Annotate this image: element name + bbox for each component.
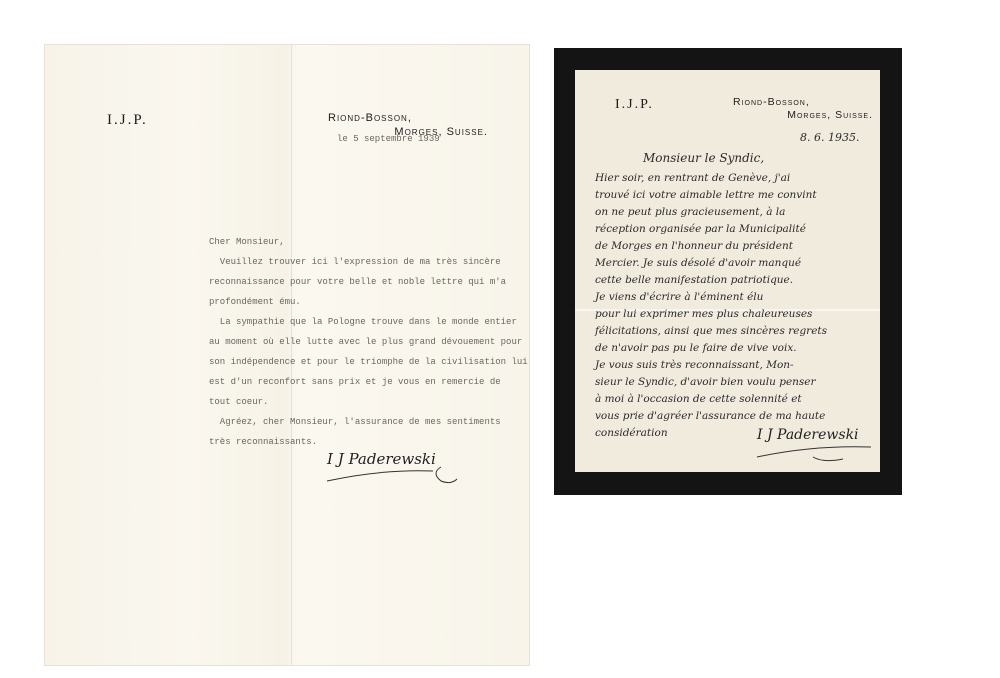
letter-body: Veuillez trouver ici l'expression de ma … <box>209 252 528 452</box>
body-line: trouvé ici votre aimable lettre me convi… <box>595 187 827 204</box>
body-line: La sympathie que la Pologne trouve dans … <box>209 312 528 332</box>
letter-date: 8. 6. 1935. <box>800 129 859 146</box>
body-line: tout coeur. <box>209 392 528 412</box>
letterhead-address: Riond-Bosson, Morges, Suisse. <box>733 96 873 121</box>
body-line: très reconnaissants. <box>209 432 528 452</box>
salutation: Monsieur le Syndic, <box>643 150 764 167</box>
body-line: Mercier. Je suis désolé d'avoir manqué <box>595 255 827 272</box>
body-line: félicitations, ainsi que mes sincères re… <box>595 323 827 340</box>
body-line: pour lui exprimer mes plus chaleureuses <box>595 306 827 323</box>
body-line: à moi à l'occasion de cette solennité et <box>595 391 827 408</box>
body-line: vous prie d'agréer l'assurance de ma hau… <box>595 408 827 425</box>
body-line: reconnaissance pour votre belle et noble… <box>209 272 528 292</box>
signature-flourish <box>323 457 483 487</box>
body-line: Hier soir, en rentrant de Genève, j'ai <box>595 170 827 187</box>
monogram: I.J.P. <box>615 97 654 113</box>
monogram: I.J.P. <box>107 112 148 129</box>
body-line: cette belle manifestation patriotique. <box>595 272 827 289</box>
body-line: Je viens d'écrire à l'éminent élu <box>595 289 827 306</box>
body-line: profondément ému. <box>209 292 528 312</box>
letter-paper: I.J.P. Riond-Bosson, Morges, Suisse. 8. … <box>575 70 880 472</box>
body-line: Agréez, cher Monsieur, l'assurance de me… <box>209 412 528 432</box>
handwritten-letter: I.J.P. Riond-Bosson, Morges, Suisse. 8. … <box>554 48 902 495</box>
letter-body: Hier soir, en rentrant de Genève, j'ai t… <box>595 170 827 442</box>
salutation: Cher Monsieur, <box>209 232 285 252</box>
address-line-1: Riond-Bosson, <box>733 96 873 108</box>
body-line: est d'un reconfort sans prix et je vous … <box>209 372 528 392</box>
body-line: sieur le Syndic, d'avoir bien voulu pens… <box>595 374 827 391</box>
address-line-1: Riond-Bosson, <box>328 112 488 124</box>
signature-flourish <box>753 435 883 465</box>
body-line: de Morges en l'honneur du président <box>595 238 827 255</box>
body-line: Je vous suis très reconnaissant, Mon- <box>595 357 827 374</box>
letter-date: le 5 septembre 1939 <box>337 132 440 146</box>
body-line: son indépendence et pour le triomphe de … <box>209 352 528 372</box>
body-line: réception organisée par la Municipalité <box>595 221 827 238</box>
address-line-2: Morges, Suisse. <box>733 109 873 121</box>
body-line: Veuillez trouver ici l'expression de ma … <box>209 252 528 272</box>
body-line: au moment où elle lutte avec le plus gra… <box>209 332 528 352</box>
body-line: de n'avoir pas pu le faire de vive voix. <box>595 340 827 357</box>
typed-letter: I.J.P. Riond-Bosson, Morges, Suisse. le … <box>45 45 529 665</box>
body-line: on ne peut plus gracieusement, à la <box>595 204 827 221</box>
